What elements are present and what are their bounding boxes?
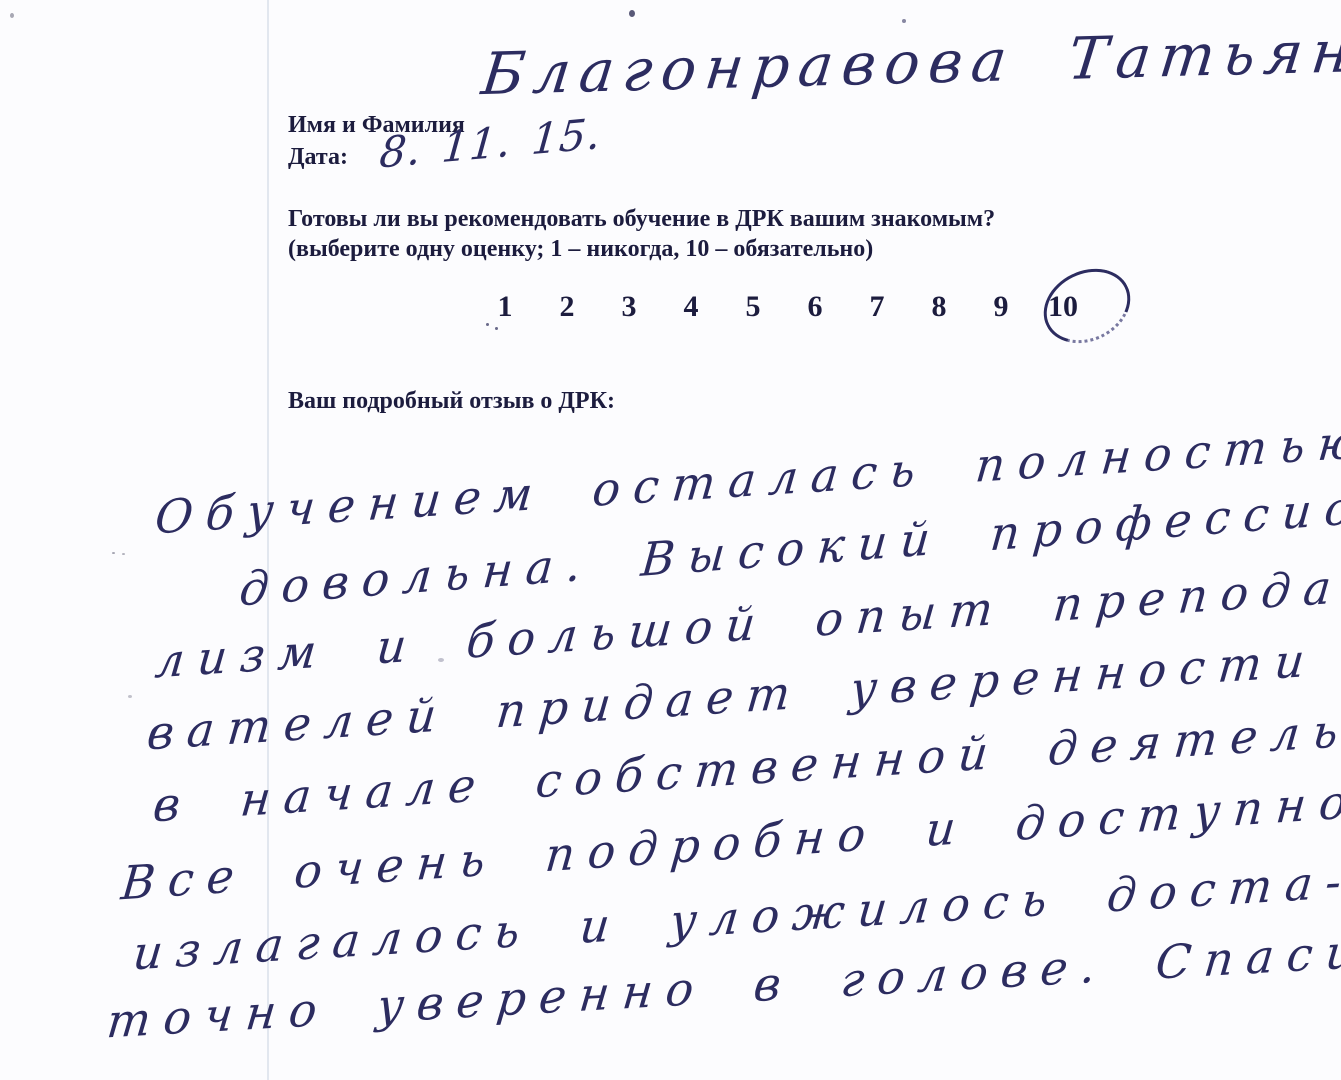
scan-speck	[902, 19, 906, 23]
scan-speck	[629, 10, 635, 17]
handwritten-name-value: Благонравова Татьяна_	[478, 15, 1341, 108]
rating-option-1: 1	[474, 290, 536, 324]
rating-option-3: 3	[598, 290, 660, 324]
rating-option-6: 6	[784, 290, 846, 324]
scanned-feedback-form: Имя и Фамилия Дата: Готовы ли вы рекомен…	[0, 0, 1341, 1080]
rating-scale: 1 2 3 4 5 6 7 8 9 10	[474, 290, 1094, 324]
rating-option-2: 2	[536, 290, 598, 324]
recommend-question: Готовы ли вы рекомендовать обучение в ДР…	[288, 206, 995, 233]
rating-option-9: 9	[970, 290, 1032, 324]
selected-rating-circle	[1031, 255, 1143, 357]
scan-speck	[10, 13, 14, 18]
review-section-label: Ваш подробный отзыв о ДРК:	[288, 388, 615, 415]
rating-scale-hint: (выберите одну оценку; 1 – никогда, 10 –…	[288, 236, 873, 263]
date-field-label: Дата:	[288, 144, 348, 171]
rating-option-5: 5	[722, 290, 784, 324]
scan-speck	[112, 552, 115, 554]
rating-option-4: 4	[660, 290, 722, 324]
scan-speck	[128, 695, 132, 698]
rating-option-8: 8	[908, 290, 970, 324]
rating-option-7: 7	[846, 290, 908, 324]
